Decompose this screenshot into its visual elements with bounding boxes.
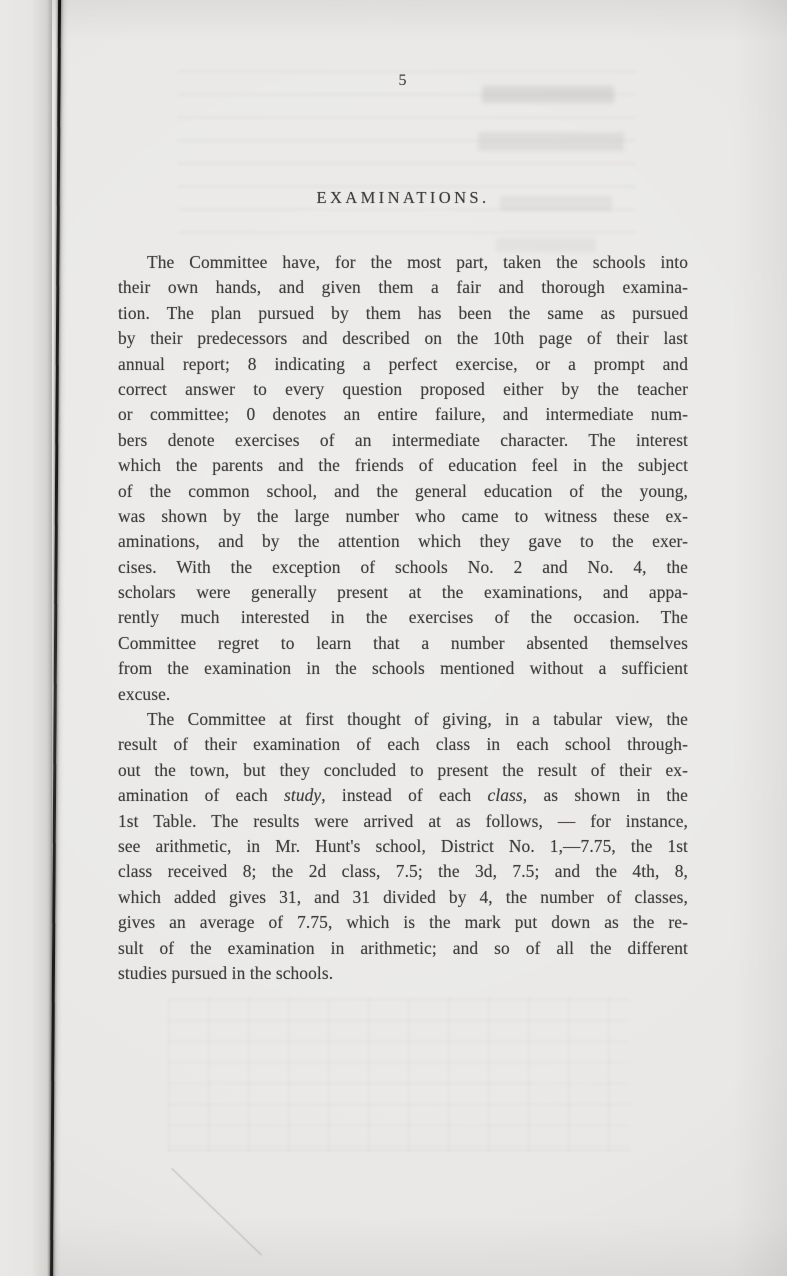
text-line: gives an average of 7.75, which is the m…: [118, 910, 688, 935]
text-segment: , as shown in the: [523, 785, 688, 805]
text-line: 1st Table. The results were arrived at a…: [118, 809, 688, 834]
text-segment: The Committee have, for the most part, t…: [147, 252, 688, 272]
text-segment: annual report; 8 indicating a perfect ex…: [118, 354, 688, 374]
page-content-column: 5 EXAMINATIONS. The Committee have, for …: [118, 0, 688, 1276]
text-segment: see arithmetic, in Mr. Hunt's school, Di…: [118, 836, 688, 856]
text-segment: which added gives 31, and 31 divided by …: [118, 887, 688, 907]
text-line: of the common school, and the general ed…: [118, 479, 688, 504]
text-segment: 1st Table. The results were arrived at a…: [118, 811, 688, 831]
text-line: aminations, and by the attention which t…: [118, 529, 688, 554]
text-segment: result of their examination of each clas…: [118, 734, 688, 754]
text-line: annual report; 8 indicating a perfect ex…: [118, 352, 688, 377]
text-segment: bers denote exercises of an intermediate…: [118, 430, 688, 450]
italic-text: class: [488, 785, 523, 805]
text-line: studies pursued in the schools.: [118, 961, 688, 986]
text-line: amination of each study, instead of each…: [118, 783, 688, 808]
text-line: by their predecessors and described on t…: [118, 326, 688, 351]
page-heading: EXAMINATIONS.: [118, 188, 688, 208]
text-segment: cises. With the exception of schools No.…: [118, 557, 688, 577]
italic-text: study: [284, 785, 321, 805]
text-line: which added gives 31, and 31 divided by …: [118, 885, 688, 910]
text-segment: aminations, and by the attention which t…: [118, 531, 688, 551]
text-segment: by their predecessors and described on t…: [118, 328, 688, 348]
text-line: cises. With the exception of schools No.…: [118, 555, 688, 580]
page-number: 5: [118, 72, 688, 90]
text-line: The Committee have, for the most part, t…: [118, 250, 688, 275]
text-line: see arithmetic, in Mr. Hunt's school, Di…: [118, 834, 688, 859]
text-segment: out the town, but they concluded to pres…: [118, 760, 688, 780]
book-margin-strip: [0, 0, 52, 1276]
text-line: their own hands, and given them a fair a…: [118, 275, 688, 300]
text-line: The Committee at first thought of giving…: [118, 707, 688, 732]
text-line: rently much interested in the exercises …: [118, 605, 688, 630]
text-line: from the examination in the schools ment…: [118, 656, 688, 681]
text-segment: rently much interested in the exercises …: [118, 607, 688, 627]
text-segment: studies pursued in the schools.: [118, 963, 333, 983]
body-text: The Committee have, for the most part, t…: [118, 250, 688, 986]
text-segment: class received 8; the 2d class, 7.5; the…: [118, 861, 688, 881]
text-line: which the parents and the friends of edu…: [118, 453, 688, 478]
scanned-page: 5 EXAMINATIONS. The Committee have, for …: [0, 0, 787, 1276]
text-line: was shown by the large number who came t…: [118, 504, 688, 529]
text-segment: correct answer to every question propose…: [118, 379, 688, 399]
text-segment: was shown by the large number who came t…: [118, 506, 688, 526]
text-line: Committee regret to learn that a number …: [118, 631, 688, 656]
text-segment: from the examination in the schools ment…: [118, 658, 688, 678]
text-segment: sult of the examination in arithmetic; a…: [118, 938, 688, 958]
text-line: out the town, but they concluded to pres…: [118, 758, 688, 783]
text-line: result of their examination of each clas…: [118, 732, 688, 757]
text-segment: their own hands, and given them a fair a…: [118, 277, 688, 297]
text-segment: amination of each: [118, 785, 284, 805]
text-line: scholars were generally present at the e…: [118, 580, 688, 605]
text-segment: , instead of each: [321, 785, 487, 805]
text-line: excuse.: [118, 682, 688, 707]
text-line: or committee; 0 denotes an entire failur…: [118, 402, 688, 427]
text-line: tion. The plan pursued by them has been …: [118, 301, 688, 326]
text-segment: tion. The plan pursued by them has been …: [118, 303, 688, 323]
paragraph: The Committee at first thought of giving…: [118, 707, 688, 986]
text-segment: The Committee at first thought of giving…: [147, 709, 688, 729]
paragraph: The Committee have, for the most part, t…: [118, 250, 688, 707]
text-line: class received 8; the 2d class, 7.5; the…: [118, 859, 688, 884]
text-segment: Committee regret to learn that a number …: [118, 633, 688, 653]
text-segment: which the parents and the friends of edu…: [118, 455, 688, 475]
text-segment: or committee; 0 denotes an entire failur…: [118, 404, 688, 424]
text-segment: of the common school, and the general ed…: [118, 481, 688, 501]
text-segment: gives an average of 7.75, which is the m…: [118, 912, 688, 932]
text-line: correct answer to every question propose…: [118, 377, 688, 402]
text-line: bers denote exercises of an intermediate…: [118, 428, 688, 453]
text-segment: excuse.: [118, 684, 170, 704]
text-line: sult of the examination in arithmetic; a…: [118, 936, 688, 961]
text-segment: scholars were generally present at the e…: [118, 582, 688, 602]
